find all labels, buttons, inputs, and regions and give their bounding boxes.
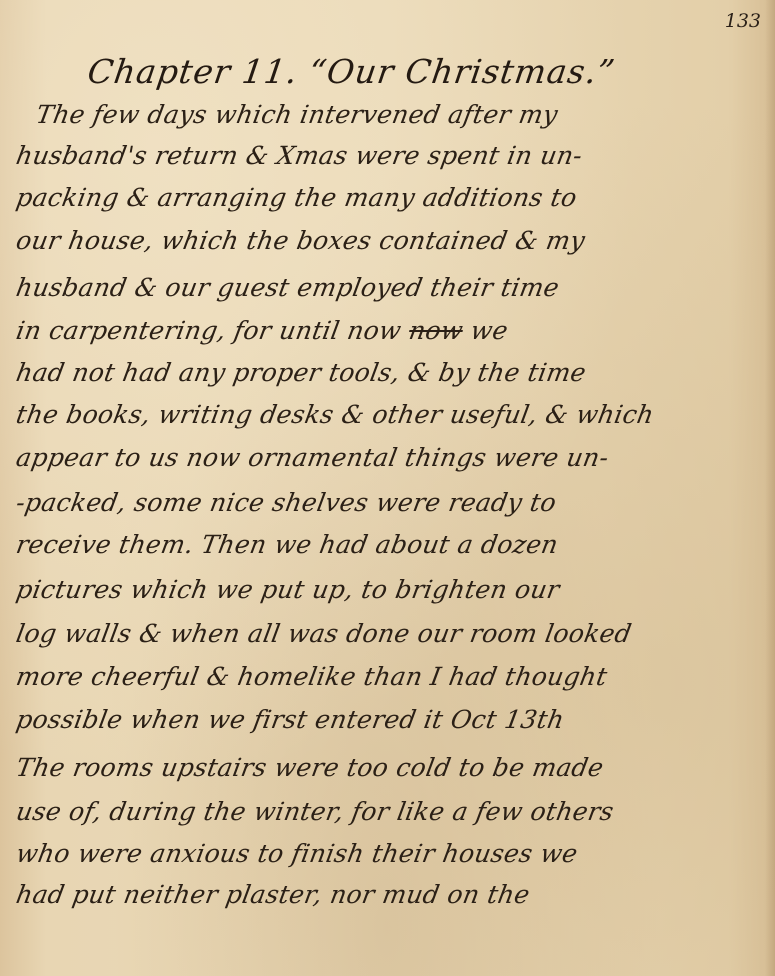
text-line-11: receive them. Then we had about a dozen	[14, 530, 561, 559]
chapter-title: Chapter 11. “Our Christmas.”	[85, 52, 618, 91]
text-line-15: possible when we first entered it Oct 13…	[14, 705, 567, 734]
text-line-13: log walls & when all was done our room l…	[14, 619, 634, 648]
text-line-8: the books, writing desks & other useful,…	[14, 400, 656, 429]
text-line-18: who were anxious to finish their houses …	[14, 839, 580, 868]
text-line-16: The rooms upstairs were too cold to be m…	[14, 753, 606, 782]
page-number: 133	[725, 10, 761, 32]
text-line-6-before: in carpentering, for until now	[14, 316, 412, 345]
text-line-19: had put neither plaster, nor mud on the	[14, 880, 532, 909]
struck-word: now	[407, 316, 466, 345]
text-line-14: more cheerful & homelike than I had thou…	[14, 662, 609, 691]
text-line-2: husband's return & Xmas were spent in un…	[14, 141, 585, 170]
text-line-5: husband & our guest employed their time	[14, 273, 562, 302]
page-edge-shadow	[765, 0, 775, 976]
text-line-9: appear to us now ornamental things were …	[14, 443, 611, 472]
text-line-12: pictures which we put up, to brighten ou…	[14, 575, 562, 604]
text-line-6: in carpentering, for until now now we	[14, 316, 510, 345]
text-line-1: The few days which intervened after my	[34, 100, 560, 129]
text-line-10: -packed, some nice shelves were ready to	[14, 488, 559, 517]
text-line-17: use of, during the winter, for like a fe…	[14, 797, 616, 826]
text-line-6-after: we	[460, 316, 510, 345]
manuscript-page: 133 Chapter 11. “Our Christmas.” The few…	[0, 0, 775, 976]
text-line-3: packing & arranging the many additions t…	[14, 183, 579, 212]
text-line-4: our house, which the boxes contained & m…	[14, 226, 587, 255]
text-line-7: had not had any proper tools, & by the t…	[14, 358, 588, 387]
